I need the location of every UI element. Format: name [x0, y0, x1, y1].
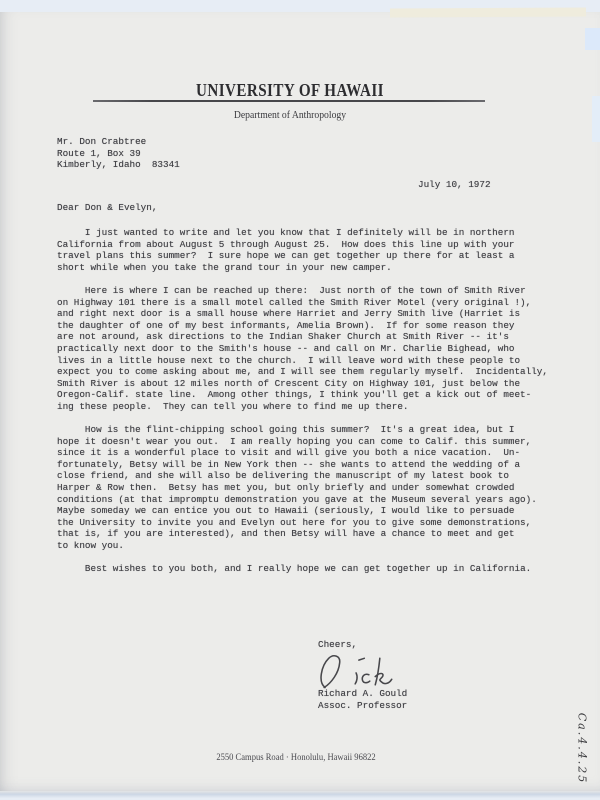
paragraph-3: How is the flint-chipping school going t…	[57, 424, 562, 552]
scan-edge-artifact	[390, 7, 586, 17]
letterhead-title: UNIVERSITY OF HAWAII	[46, 80, 533, 101]
recipient-address: Mr. Don Crabtree Route 1, Box 39 Kimberl…	[57, 136, 180, 171]
scan-edge-artifact	[592, 96, 600, 142]
handwritten-catalog-number: Ca.4.4.25	[576, 707, 589, 791]
paragraph-2: Here is where I can be reached up there:…	[57, 285, 562, 413]
sender-typed-name: Richard A. Gould	[318, 688, 407, 700]
letter-body: I just wanted to write and let you know …	[57, 227, 562, 586]
scan-edge-artifact	[585, 28, 600, 50]
valediction: Cheers,	[318, 639, 357, 651]
closing-block: Cheers, Richard A. Gould Assoc. Professo…	[318, 639, 498, 719]
letterhead-rule	[93, 100, 485, 102]
salutation: Dear Don & Evelyn,	[57, 202, 157, 214]
letterhead-department: Department of Anthropology	[23, 110, 557, 121]
paragraph-4: Best wishes to you both, and I really ho…	[57, 563, 562, 575]
letter-date: July 10, 1972	[418, 179, 491, 191]
paragraph-1: I just wanted to write and let you know …	[57, 227, 562, 273]
handwritten-signature	[314, 651, 400, 693]
sender-typed-title: Assoc. Professor	[318, 700, 407, 712]
letterhead-footer-address: 2550 Campus Road · Honolulu, Hawaii 9682…	[15, 752, 577, 762]
scan-bottom-edge	[0, 791, 600, 800]
